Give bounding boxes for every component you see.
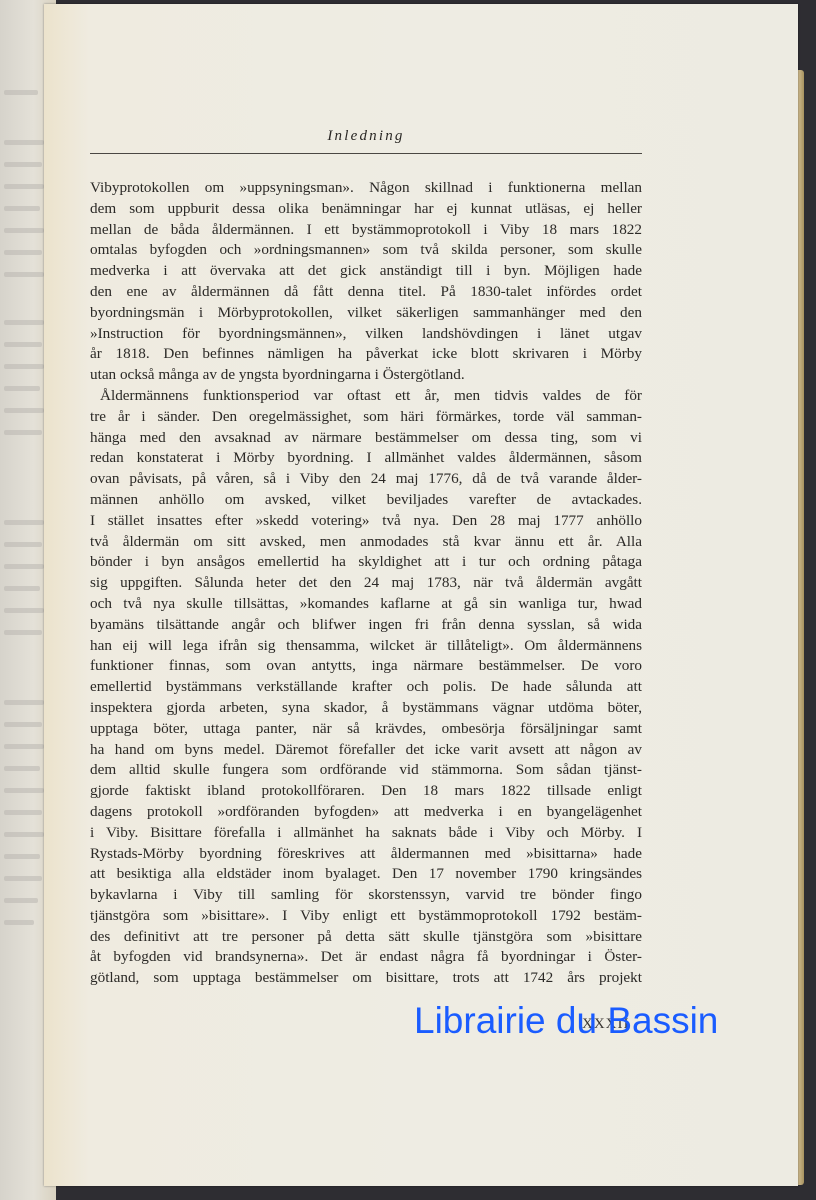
- text-line: dagens protokoll »ordföranden byfogden» …: [90, 802, 642, 823]
- ghost-text: [4, 520, 44, 525]
- watermark: Librairie du Bassin: [414, 1000, 718, 1042]
- ghost-text: [4, 630, 42, 635]
- text-line: »Instruction för byordningsmännen», vilk…: [90, 324, 642, 345]
- text-line: dem alltid skulle fungera som ordförande…: [90, 760, 642, 781]
- text-line: byordningsmän i Mörbyprotokollen, vilket…: [90, 303, 642, 324]
- text-line: I stället insattes efter »skedd votering…: [90, 511, 642, 532]
- header-rule: [90, 153, 642, 154]
- text-line: och två nya skulle tillsättas, »komandes…: [90, 594, 642, 615]
- text-line: upptaga böter, uttaga panter, när så krä…: [90, 719, 642, 740]
- ghost-text: [4, 140, 44, 145]
- ghost-text: [4, 766, 40, 771]
- text-line: medverka i att övervaka att det gick ans…: [90, 261, 642, 282]
- ghost-text: [4, 430, 42, 435]
- ghost-text: [4, 832, 44, 837]
- ghost-text: [4, 788, 44, 793]
- ghost-text: [4, 700, 44, 705]
- text-line: byamäns tilsättande angår och blifwer in…: [90, 615, 642, 636]
- ghost-text: [4, 722, 42, 727]
- ghost-text: [4, 162, 42, 167]
- text-line: två åldermän om sitt avsked, men anmodad…: [90, 532, 642, 553]
- text-line: bykavlarna i Viby till samling för skors…: [90, 885, 642, 906]
- text-line: han eij will lega ifrån sig thensamma, w…: [90, 636, 642, 657]
- text-line: funktioner finnas, som ovan antytts, ing…: [90, 656, 642, 677]
- text-line: ovan påvisats, på våren, så i Viby den 2…: [90, 469, 642, 490]
- text-line: götland, som upptaga bestämmelser om bis…: [90, 968, 642, 989]
- text-line: den ene av åldermännen då fått denna tit…: [90, 282, 642, 303]
- text-line: Åldermännens funktionsperiod var oftast …: [90, 386, 642, 407]
- ghost-text: [4, 564, 44, 569]
- running-head: Inledning: [90, 128, 642, 145]
- ghost-text: [4, 184, 44, 189]
- ghost-text: [4, 228, 44, 233]
- text-line: tjänstgöra som »bisittare». I Viby enlig…: [90, 906, 642, 927]
- text-line: Rystads-Mörby byordning föreskrives att …: [90, 844, 642, 865]
- ghost-text: [4, 320, 44, 325]
- text-line: åt byfogden vid brandsynerna». Det är en…: [90, 947, 642, 968]
- text-line: inspektera gjorda arbeten, syna skador, …: [90, 698, 642, 719]
- text-line: dem som uppburit dessa olika benämningar…: [90, 199, 642, 220]
- ghost-text: [4, 408, 44, 413]
- text-line: bönder i byn ansågos emellertid ha skyld…: [90, 552, 642, 573]
- ghost-text: [4, 90, 38, 95]
- ghost-text: [4, 206, 40, 211]
- text-line: år 1818. Den befinnes nämligen ha påverk…: [90, 344, 642, 365]
- text-line: tre år i sänder. Den oregelmässighet, so…: [90, 407, 642, 428]
- ghost-text: [4, 364, 44, 369]
- text-line: omtalas byfogden och »ordningsmannen» so…: [90, 240, 642, 261]
- ghost-text: [4, 272, 44, 277]
- text-line: sig uppgiften. Sålunda heter det den 24 …: [90, 573, 642, 594]
- text-line: mellan de båda åldermännen. I ett bystäm…: [90, 220, 642, 241]
- text-line: des definitivt att tre personer på detta…: [90, 927, 642, 948]
- text-line: Vibyprotokollen om »uppsyningsman». Någo…: [90, 178, 642, 199]
- ghost-text: [4, 542, 42, 547]
- text-line: ha hand om byns medel. Däremot förefalle…: [90, 740, 642, 761]
- ghost-text: [4, 920, 34, 925]
- ghost-text: [4, 586, 40, 591]
- ghost-text: [4, 608, 44, 613]
- ghost-text: [4, 810, 42, 815]
- ghost-text: [4, 386, 40, 391]
- text-line: att besiktiga alla eldstäder inom byalag…: [90, 864, 642, 885]
- text-line: gjorde faktiskt ibland protokollföraren.…: [90, 781, 642, 802]
- text-line: hänga med den avsaknad av närmare bestäm…: [90, 428, 642, 449]
- ghost-text: [4, 876, 42, 881]
- text-line: redan konstaterat i Mörby byordning. I a…: [90, 448, 642, 469]
- ghost-text: [4, 250, 42, 255]
- ghost-text: [4, 854, 40, 859]
- ghost-text: [4, 342, 42, 347]
- body-text: Vibyprotokollen om »uppsyningsman». Någo…: [90, 178, 642, 989]
- text-line: i Viby. Bisittare förefalla i allmänhet …: [90, 823, 642, 844]
- ghost-text: [4, 744, 44, 749]
- text-line: männen anhöllo om avsked, vilket bevilja…: [90, 490, 642, 511]
- ghost-text: [4, 898, 38, 903]
- text-line: utan också många av de yngsta byordninga…: [90, 365, 642, 386]
- text-line: emellertid bystämmans verkställande kraf…: [90, 677, 642, 698]
